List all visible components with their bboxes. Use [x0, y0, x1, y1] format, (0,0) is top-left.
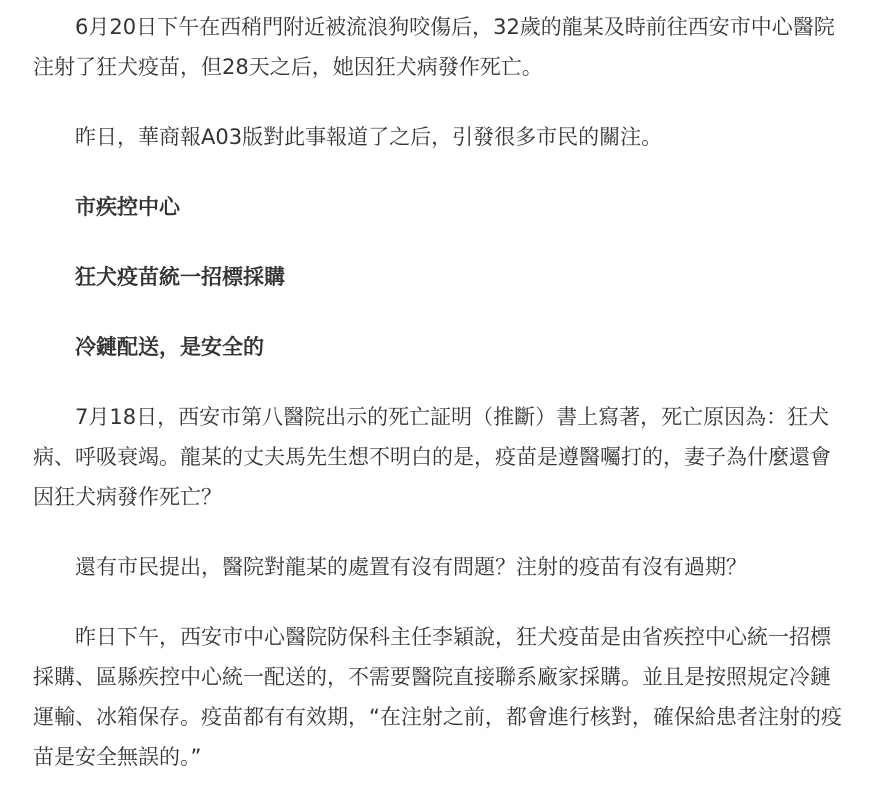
article-body: 6月20日下午在西稍門附近被流浪狗咬傷后，32歲的龍某及時前往西安市中心醫院注射… — [0, 0, 873, 777]
article-paragraph: 昨日下午，西安市中心醫院防保科主任李穎說，狂犬疫苗是由省疾控中心統一招標採購、區… — [33, 617, 843, 777]
section-heading: 冷鏈配送，是安全的 — [33, 327, 843, 367]
article-paragraph: 還有市民提出，醫院對龍某的處置有沒有問題？注射的疫苗有沒有過期？ — [33, 547, 843, 587]
section-heading: 市疾控中心 — [33, 187, 843, 227]
article-paragraph: 7月18日，西安市第八醫院出示的死亡証明（推斷）書上寫著，死亡原因為：狂犬病、呼… — [33, 397, 843, 517]
article-paragraph: 昨日，華商報A03版對此事報道了之后，引發很多市民的關注。 — [33, 117, 843, 157]
section-heading: 狂犬疫苗統一招標採購 — [33, 257, 843, 297]
page: { "page": { "background": "#ffffff", "te… — [0, 0, 873, 795]
article-paragraph: 6月20日下午在西稍門附近被流浪狗咬傷后，32歲的龍某及時前往西安市中心醫院注射… — [33, 7, 843, 87]
